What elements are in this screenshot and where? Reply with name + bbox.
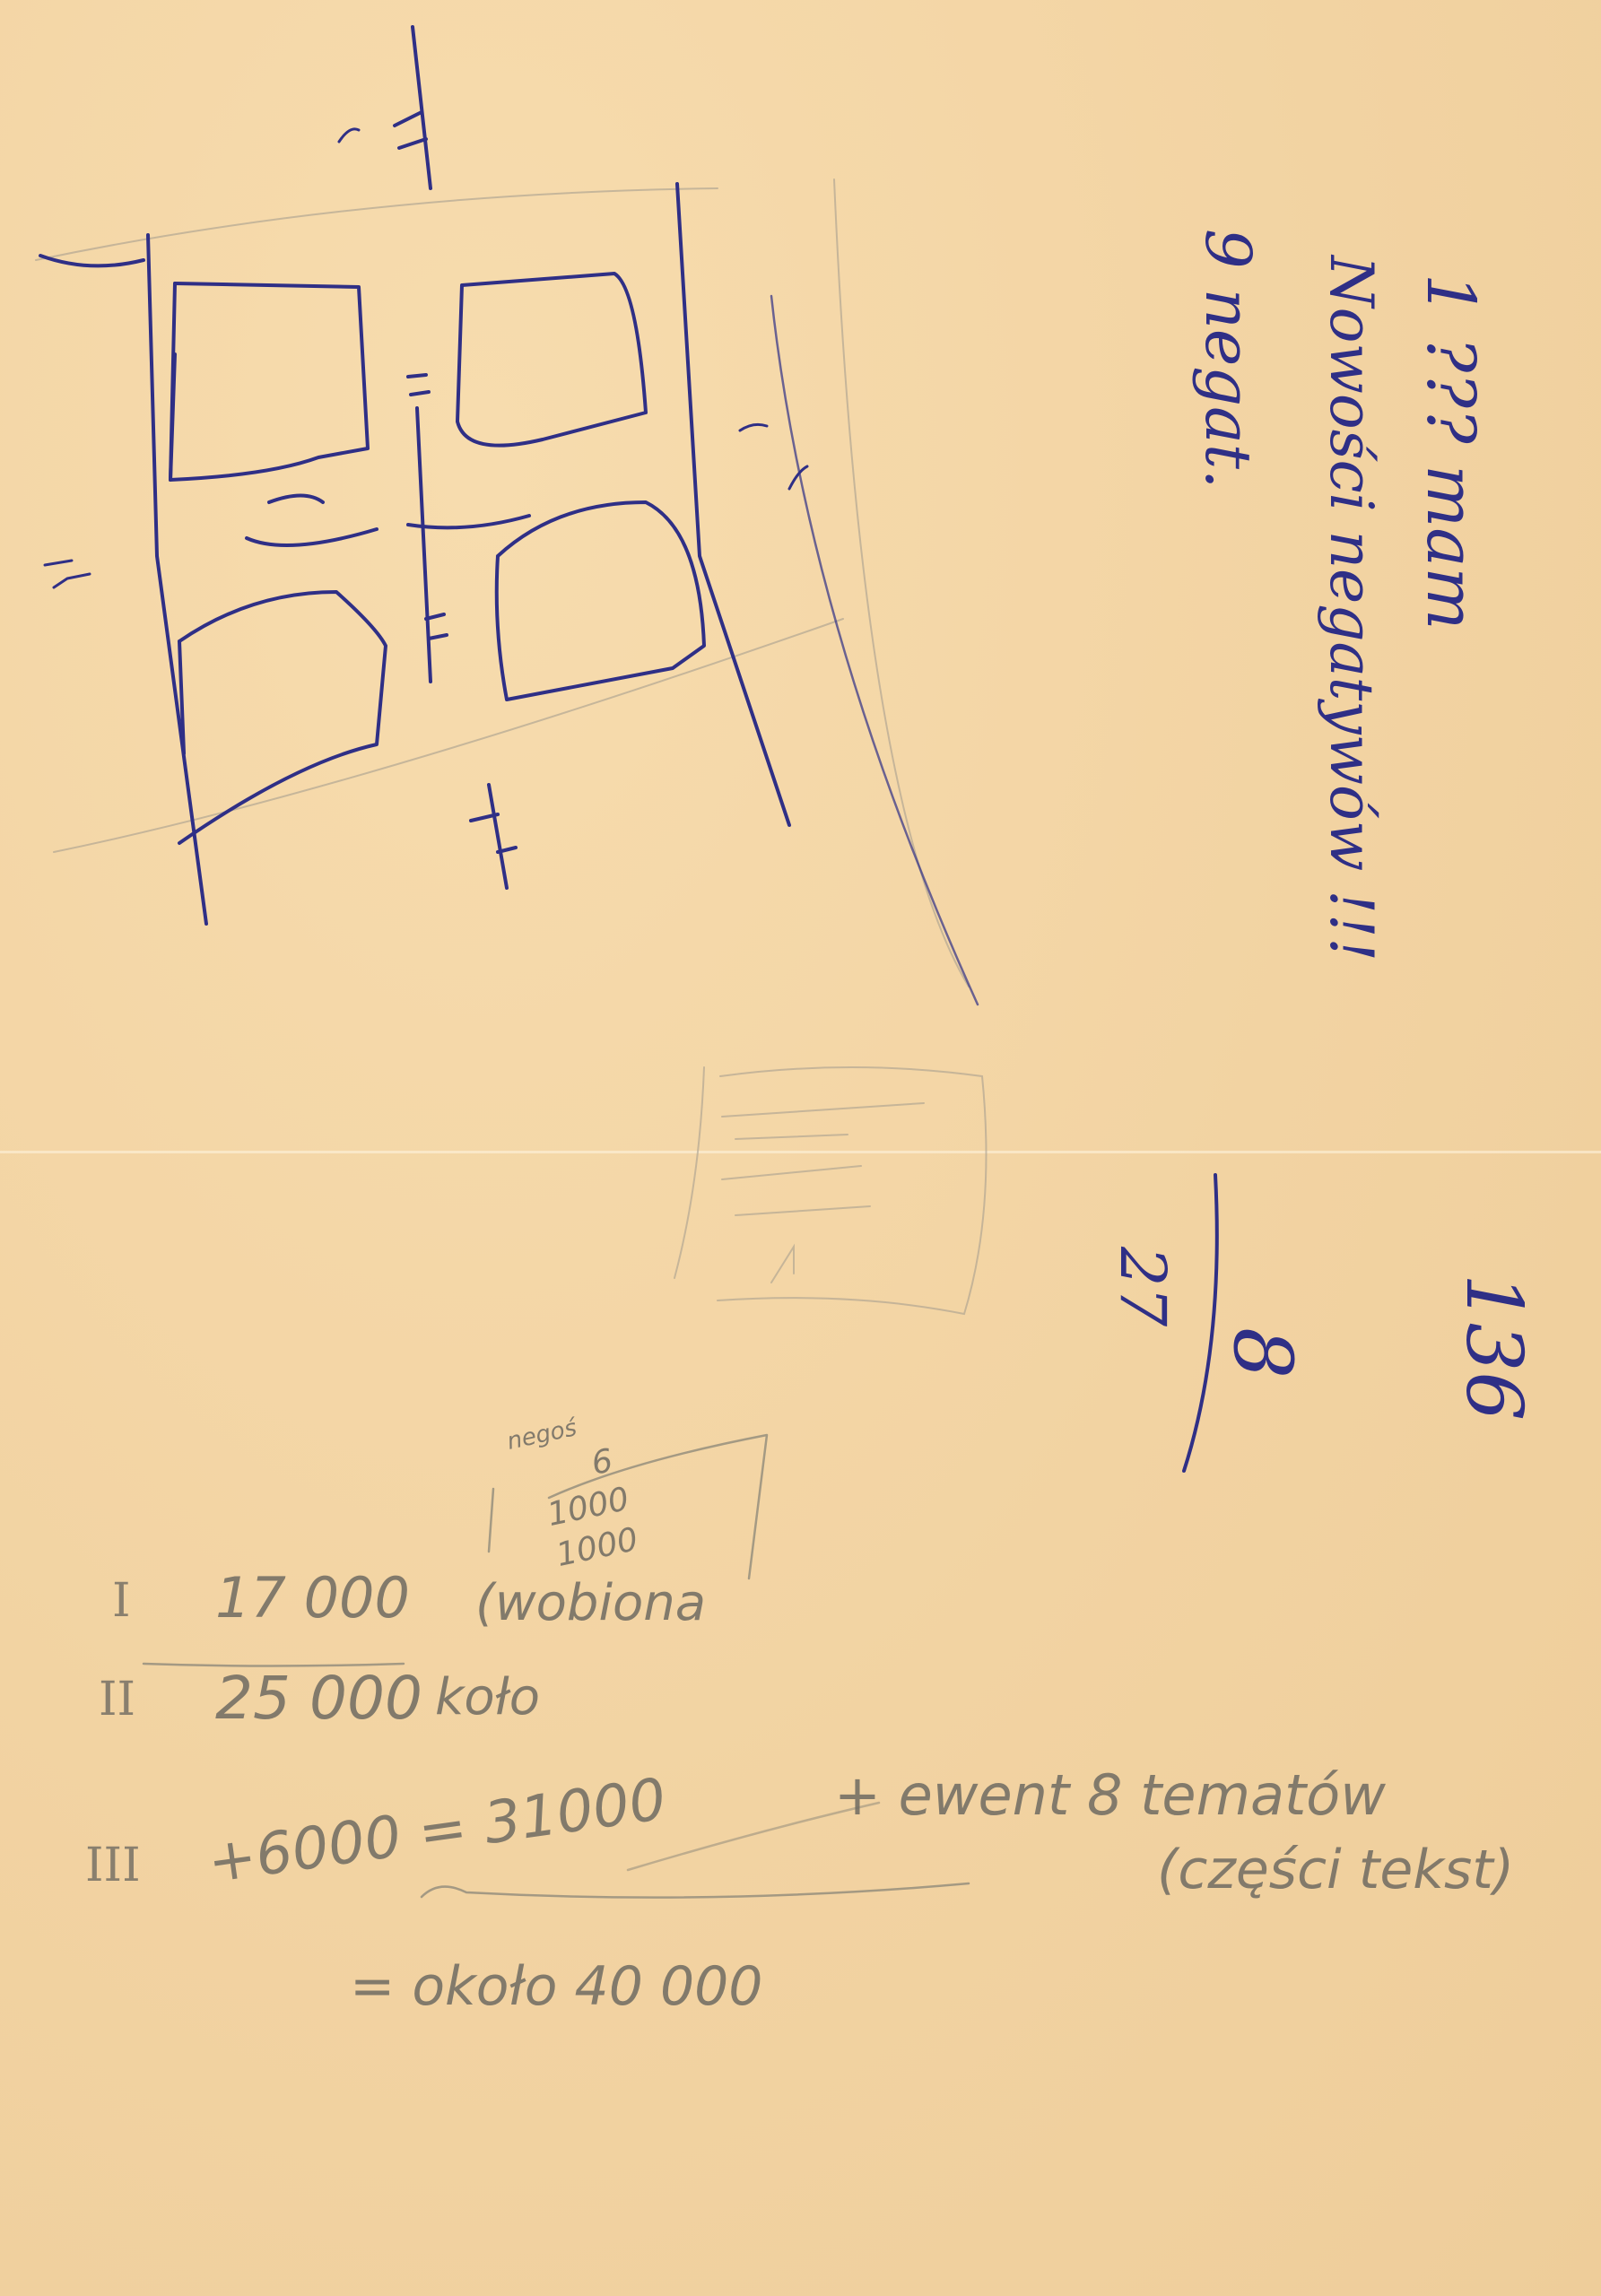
row-4-note: (części tekst) — [1157, 1839, 1514, 1901]
row-2-note: koło — [435, 1668, 540, 1726]
row-5-total: = około 40 000 — [350, 1955, 762, 2018]
row-1-amount: 17 000 — [215, 1565, 410, 1631]
row-1-note: (wobiona — [475, 1574, 706, 1632]
ink-number-middle: 8 — [1215, 1327, 1310, 1378]
row-1-numeral: I — [112, 1574, 131, 1628]
ink-note-line-2: Nowości negatywów !!! — [1317, 256, 1386, 961]
row-2-amount: 25 000 — [215, 1664, 422, 1733]
ink-note-line-3: 9 negat. — [1191, 229, 1265, 489]
ink-number-bottom: 27 — [1106, 1247, 1179, 1326]
ink-number-top: 136 — [1449, 1274, 1538, 1421]
row-2-numeral: II — [99, 1673, 135, 1726]
ink-note-line-1: 1 ??? mam — [1412, 274, 1489, 631]
row-3-note: + ewent 8 tematów — [834, 1762, 1386, 1828]
row-3-numeral: III — [85, 1839, 141, 1892]
